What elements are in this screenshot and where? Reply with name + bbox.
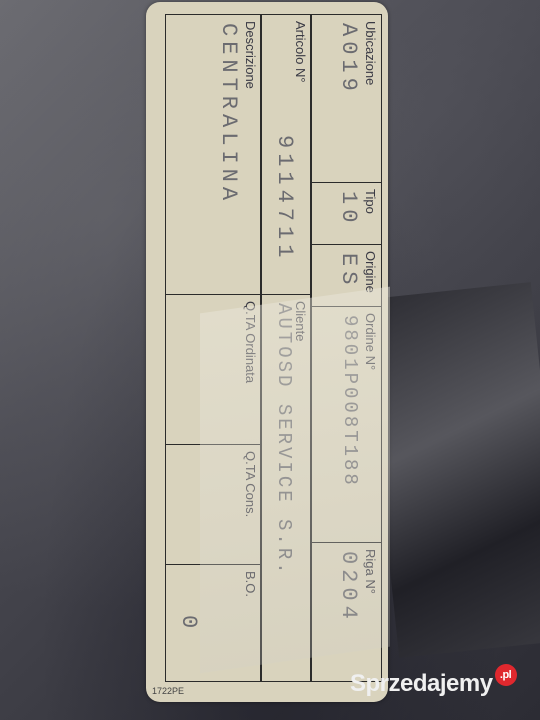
clear-tape: [200, 287, 390, 674]
value: ES: [336, 253, 361, 289]
value: CENTRALINA: [216, 23, 241, 205]
caption: Ubicazione: [363, 21, 378, 85]
value: 10: [336, 191, 361, 227]
form-code: 1722PE: [152, 686, 184, 696]
value: 9114711: [272, 135, 297, 262]
caption: Descrizione: [243, 21, 258, 89]
caption: Tipo: [363, 189, 378, 214]
value: 0: [176, 615, 201, 633]
watermark-badge: .pl: [495, 664, 517, 686]
watermark-text: Sprzedajemy: [350, 670, 493, 697]
caption: Origine: [363, 251, 378, 293]
field-tipo: Tipo 10: [311, 183, 381, 245]
field-ubicazione: Ubicazione A019: [311, 15, 381, 183]
watermark: Sprzedajemy.pl: [350, 670, 517, 698]
field-articolo: Articolo N° 9114711: [261, 15, 311, 295]
caption: Articolo N°: [293, 21, 308, 83]
value: A019: [336, 23, 361, 96]
field-descrizione: Descrizione CENTRALINA: [166, 15, 261, 295]
